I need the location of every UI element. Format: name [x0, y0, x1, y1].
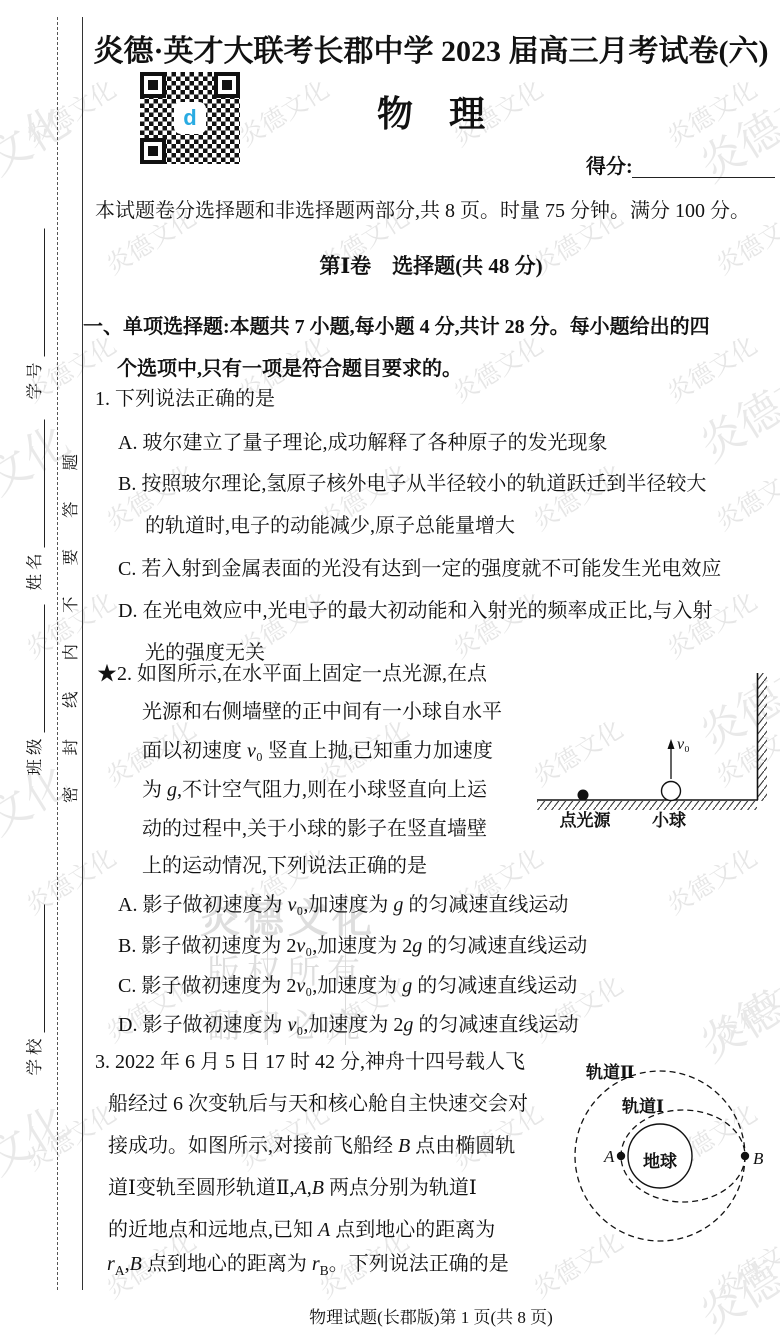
score-label: 得分:: [586, 150, 633, 179]
q1-option-a: A. 玻尔建立了量子理论,成功解释了各种原子的发光现象: [118, 429, 607, 457]
orbit1-label: 轨道Ⅰ: [622, 1092, 664, 1117]
q2-stem-line: 上的运动情况,下列说法正确的是: [142, 852, 427, 880]
q2-stem-line: 面以初速度 v₀ 竖直上抛,已知重力加速度: [142, 737, 493, 765]
exam-title: 炎德·英才大联考长郡中学 2023 届高三月考试卷(六): [82, 26, 780, 70]
q1-option-c: C. 若入射到金属表面的光没有达到一定的强度就不可能发生光电效应: [118, 555, 721, 583]
ball-circle: [662, 782, 681, 801]
part1-heading: 第Ⅰ卷 选择题(共 48 分): [82, 250, 780, 280]
field-label: 学号: [21, 357, 45, 400]
wall-hatch: [758, 673, 767, 801]
q3-stem-line: 的近地点和远地点,已知 A 点到地心的距离为: [108, 1216, 495, 1244]
seal-notice-text: 密封线内不要答题: [57, 423, 81, 803]
field-underline: [40, 229, 45, 357]
earth-label: 地球: [643, 1147, 677, 1172]
exam-page: 炎德文化炎德文化炎德文化炎德文化炎德文化炎德文化炎德文化炎德文化炎德文化炎德文化…: [0, 0, 780, 1341]
qr-finder-bottomleft: [140, 138, 166, 164]
watermark-edge: 炎德文化: [684, 326, 780, 474]
q2-option-d: D. 影子做初速度为 v₀,加速度为 2g 的匀减速直线运动: [118, 1011, 578, 1039]
field-label: 姓名: [21, 548, 45, 591]
watermark-edge: 炎德文化: [0, 1086, 80, 1234]
sidebar-field-name: 姓名: [21, 420, 45, 591]
q2-option-a: A. 影子做初速度为 v₀,加速度为 g 的匀减速直线运动: [118, 891, 568, 919]
q2-stem-line: 为 g,不计空气阻力,则在小球竖直向上运: [142, 776, 487, 804]
q2-option-c: C. 影子做初速度为 2v₀,加速度为 g 的匀减速直线运动: [118, 972, 577, 1000]
sidebar-field-school: 学校: [21, 905, 45, 1076]
q3-stem-line: rA,B 点到地心的距离为 rB。下列说法正确的是: [107, 1250, 509, 1285]
field-underline: [40, 905, 45, 1033]
q3-stem-line: 道Ⅰ变轨至圆形轨道Ⅱ,A,B 两点分别为轨道Ⅰ: [108, 1174, 477, 1202]
light-source-dot: [578, 790, 589, 801]
seal-binding-line: [82, 17, 83, 1290]
q3-stem-line: 船经过 6 次变轨后与天和核心舱自主快速交会对: [108, 1090, 528, 1118]
watermark-tile: 炎德文化: [708, 454, 780, 538]
velocity-label: v₀: [677, 736, 690, 754]
q3-stem-line: 接成功。如图所示,对接前飞船经 B 点由椭圆轨: [108, 1132, 515, 1160]
watermark-tile: 炎德文化: [18, 1094, 122, 1178]
sidebar-field-class: 班级: [21, 605, 45, 776]
q2-option-b: B. 影子做初速度为 2v₀,加速度为 2g 的匀减速直线运动: [118, 932, 587, 960]
sidebar-field-student-id: 学号: [21, 229, 45, 400]
q2-stem-line: 动的过程中,关于小球的影子在竖直墙壁: [142, 815, 487, 843]
ball-label: 小球: [652, 806, 686, 831]
field-label: 学校: [21, 1033, 45, 1076]
watermark-edge: 炎德文化: [0, 86, 80, 234]
score-underline: [632, 157, 775, 178]
point-b-dot: [741, 1152, 749, 1160]
q2-stem-line: ★2. 如图所示,在水平面上固定一点光源,在点: [97, 660, 487, 688]
q1-stem: 1. 下列说法正确的是: [95, 385, 275, 413]
footer-page-info: 物理试题(长郡版)第 1 页(共 8 页): [82, 1303, 780, 1328]
section1-heading-line: 一、单项选择题:本题共 7 小题,每小题 4 分,共计 28 分。每小题给出的四: [83, 313, 710, 341]
q1-option-b-cont: 的轨道时,电子的动能减少,原子总能量增大: [145, 512, 515, 540]
field-label: 班级: [21, 733, 45, 776]
q1-option-b: B. 按照玻尔理论,氢原子核外电子从半径较小的轨道跃迁到半径较大: [118, 470, 706, 498]
light-source-label: 点光源: [560, 806, 611, 831]
q1-option-d: D. 在光电效应中,光电子的最大初动能和入射光的频率成正比,与入射: [118, 597, 712, 625]
q3-stem-line: 3. 2022 年 6 月 5 日 17 时 42 分,神舟十四号载人飞: [95, 1048, 525, 1076]
section1-heading-line: 个选项中,只有一项是符合题目要求的。: [117, 355, 462, 383]
point-b-label: B: [753, 1149, 763, 1169]
field-underline: [40, 420, 45, 548]
watermark-tile: 炎德文化: [659, 838, 763, 922]
q2-stem-line: 光源和右侧墙壁的正中间有一小球自水平: [142, 698, 502, 726]
subject-title: 物 理: [82, 86, 780, 137]
watermark-tile: 炎德文化: [708, 966, 780, 1050]
point-a-label: A: [604, 1147, 614, 1167]
point-a-dot: [617, 1152, 625, 1160]
field-underline: [40, 605, 45, 733]
exam-intro: 本试题卷分选择题和非选择题两部分,共 8 页。时量 75 分钟。满分 100 分…: [95, 197, 750, 225]
orbit2-label: 轨道Ⅱ: [586, 1058, 634, 1083]
velocity-arrowhead: [668, 739, 675, 749]
